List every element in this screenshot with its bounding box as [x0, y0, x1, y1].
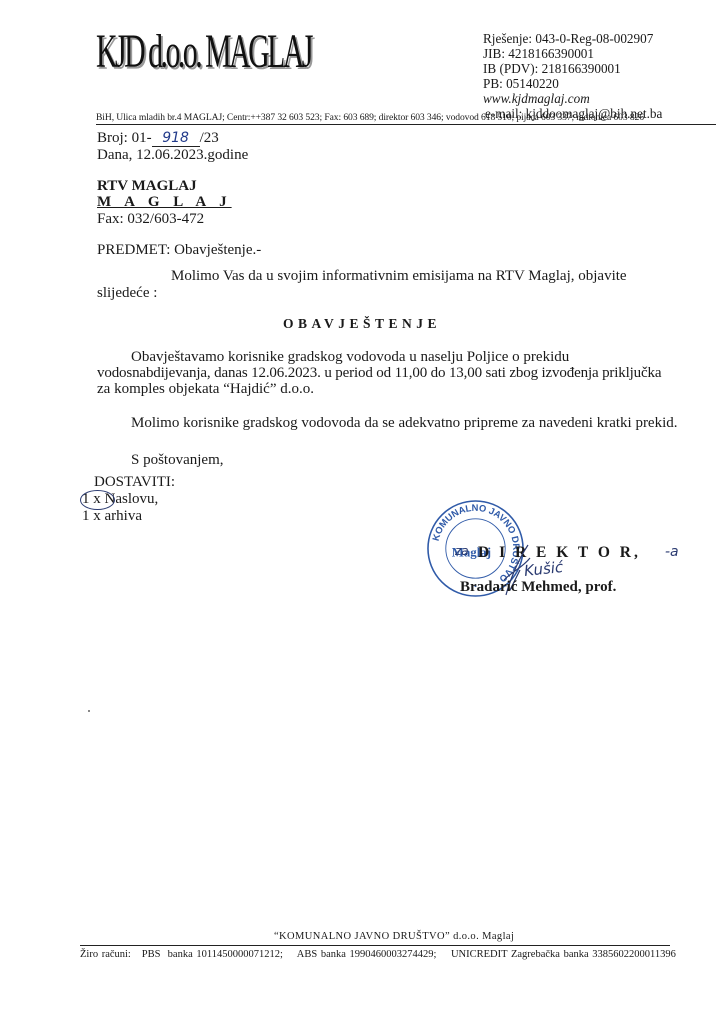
reference-date: Dana, 12.06.2023.godine: [97, 147, 248, 164]
recipient-fax: Fax: 032/603-472: [97, 211, 204, 228]
company-logo: KJD d.o.o. MAGLAJ: [96, 28, 311, 76]
registry-ib-pdv: IB (PDV): 218166390001: [483, 61, 621, 76]
registry-rjesenje: Rješenje: 043-0-Reg-08-002907: [483, 31, 653, 46]
intro-line-1: Molimo Vas da u svojim informativnim emi…: [171, 268, 627, 285]
reference-number: Broj: 01-918/23: [97, 130, 219, 147]
handwritten-za: za: [455, 544, 469, 558]
notice-para1-line3: za komples objekata “Hajdić” d.o.o.: [97, 381, 314, 398]
footer-bank-accounts: Žiro računi: PBS banka 1011450000071212;…: [80, 949, 676, 960]
handwritten-circle: [80, 490, 115, 510]
recipient-city: M A G L A J: [97, 194, 232, 211]
notice-para2: Molimo korisnike gradskog vodovoda da se…: [131, 415, 678, 432]
registry-pb: PB: 05140220: [483, 76, 559, 91]
footer-company: “KOMUNALNO JAVNO DRUŠTVO” d.o.o. Maglaj: [274, 931, 514, 942]
closing-line: S poštovanjem,: [131, 452, 224, 469]
broj-suffix: /23: [200, 130, 219, 146]
footer-divider: [80, 945, 670, 946]
broj-prefix: Broj: 01-: [97, 130, 152, 146]
broj-handwritten: 918: [152, 131, 200, 147]
notice-title: OBAVJEŠTENJE: [0, 316, 724, 332]
intro-line-2: slijedeće :: [97, 285, 157, 302]
website-link: www.kjdmaglaj.com: [483, 91, 590, 106]
header-divider: [96, 124, 716, 125]
address-line: BiH, Ulica mladih br.4 MAGLAJ; Centr:++3…: [96, 112, 644, 123]
scan-speck: [88, 710, 90, 712]
handwritten-suffix: -a: [665, 544, 679, 560]
subject-line: PREDMET: Obavještenje.-: [97, 242, 261, 259]
registry-jib: JIB: 4218166390001: [483, 46, 594, 61]
distribution-label: DOSTAVITI:: [94, 474, 175, 491]
notice-para1-line1: Obavještavamo korisnike gradskog vodovod…: [131, 349, 569, 366]
distribution-item: 1 x arhiva: [82, 508, 142, 525]
recipient-name: RTV MAGLAJ: [97, 178, 197, 195]
signatory-name: Bradarić Mehmed, prof.: [460, 579, 616, 596]
notice-para1-line2: vodosnabdijevanja, danas 12.06.2023. u p…: [97, 365, 661, 382]
